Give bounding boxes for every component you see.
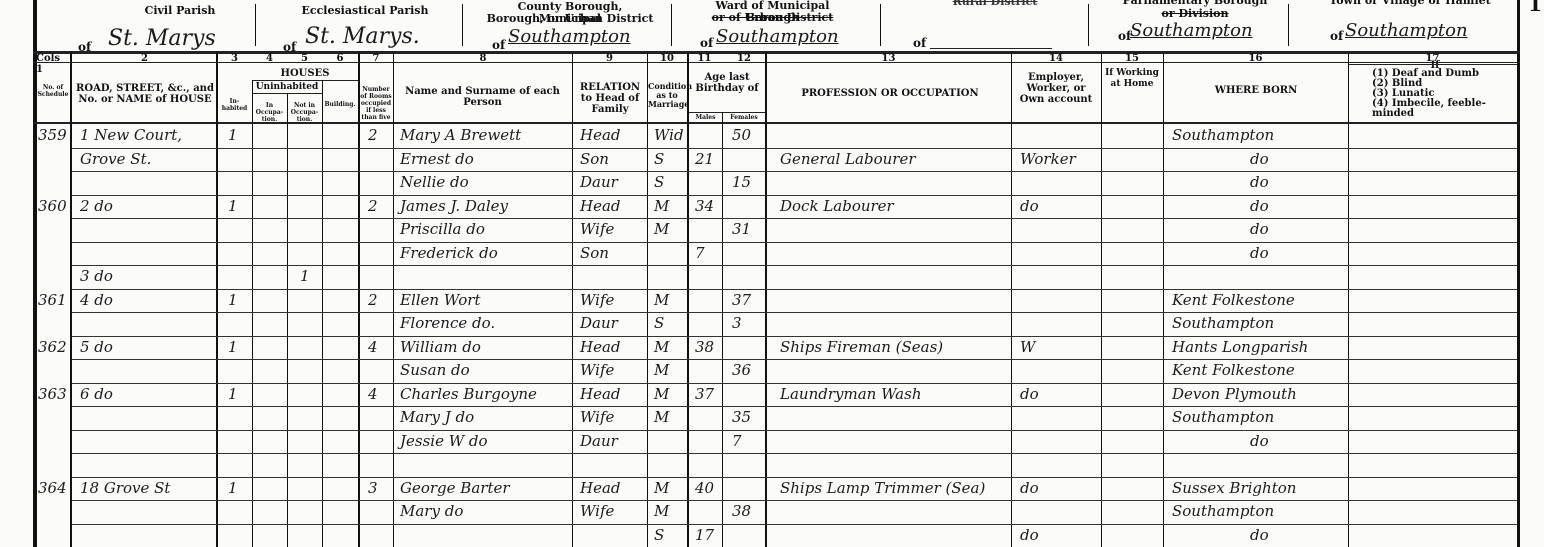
male-age: 37 — [695, 385, 714, 403]
col-num-7: 7 — [358, 53, 394, 64]
ward-label-2: or of Urban District — [690, 12, 855, 24]
census-sheet: 1 Civil Parish of St. Marys Ecclesiastic… — [0, 0, 1544, 547]
relation: Wife — [580, 291, 614, 309]
employer-status: do — [1020, 385, 1039, 403]
row-rule — [72, 218, 1517, 219]
col-rule — [287, 93, 288, 547]
rural-district-of: of — [913, 36, 926, 50]
inhabited-count: 1 — [228, 338, 238, 356]
civil-parish-value: St. Marys — [108, 26, 216, 51]
relation: Head — [580, 385, 621, 403]
county-borough-label-2-text: Borough, or Urban District — [487, 12, 654, 25]
person-name: George Barter — [400, 479, 510, 497]
birthplace: Sussex Brighton — [1172, 479, 1296, 497]
rooms-count: 2 — [368, 126, 378, 144]
row-rule — [72, 242, 1517, 243]
relation: Head — [580, 479, 621, 497]
female-age: 3 — [732, 314, 742, 332]
row-rule — [72, 500, 1517, 501]
birthplace: do — [1250, 150, 1269, 168]
col-num-6: 6 — [322, 53, 358, 64]
houses-header: HOUSES — [252, 68, 358, 79]
schedule-header: No. of Schedule — [37, 84, 69, 98]
birthplace: do — [1250, 432, 1269, 450]
marital-condition: Wid — [654, 126, 684, 144]
col-num-16: 16 — [1163, 53, 1348, 64]
male-age: 21 — [695, 150, 714, 168]
road-address: 5 do — [80, 338, 113, 356]
relation: Head — [580, 126, 621, 144]
birthplace: do — [1250, 244, 1269, 262]
person-name: William do — [400, 338, 481, 356]
col-rule — [572, 52, 573, 547]
marital-condition: S — [654, 150, 664, 168]
relation: Wife — [580, 408, 614, 426]
person-name: Florence do. — [400, 314, 495, 332]
name-header: Name and Surname of each Person — [400, 86, 565, 108]
road-address: Grove St. — [80, 150, 151, 168]
road-address: 6 do — [80, 385, 113, 403]
ward-value: Southampton — [716, 26, 839, 47]
male-age: 7 — [695, 244, 705, 262]
birthplace: do — [1250, 526, 1269, 544]
marital-condition: M — [654, 291, 669, 309]
marital-condition: M — [654, 408, 669, 426]
row-rule — [72, 524, 1517, 525]
birthplace: Kent Folkestone — [1172, 361, 1295, 379]
inhabited-count: 1 — [228, 291, 238, 309]
inhabited-header: In-habited — [219, 98, 250, 112]
birthplace: Southampton — [1172, 408, 1274, 426]
inhabited-count: 1 — [228, 479, 238, 497]
female-age: 38 — [732, 502, 751, 520]
inhabited-count: 1 — [228, 385, 238, 403]
in-occupation-header: In Occupa-tion. — [254, 102, 285, 123]
header-divider — [255, 4, 256, 46]
relation: Daur — [580, 432, 618, 450]
schedule-number: 360 — [38, 197, 67, 215]
rooms-count: 4 — [368, 385, 378, 403]
female-age: 31 — [732, 220, 751, 238]
female-age: 7 — [732, 432, 742, 450]
road-header: ROAD, STREET, &c., and No. or NAME of HO… — [75, 83, 215, 105]
schedule-number: 364 — [38, 479, 67, 497]
col-rule — [393, 52, 394, 547]
occupation: Ships Lamp Trimmer (Sea) — [780, 479, 985, 497]
header-divider — [1088, 4, 1089, 46]
row-rule — [72, 312, 1517, 313]
relation: Head — [580, 338, 621, 356]
person-name: Charles Burgoyne — [400, 385, 537, 403]
town-value: Southampton — [1345, 20, 1468, 41]
infirmity-rule — [1348, 64, 1517, 65]
person-name: Ernest do — [400, 150, 474, 168]
road-address: 2 do — [80, 197, 113, 215]
females-header: Females — [723, 114, 765, 121]
employer-status: W — [1020, 338, 1035, 356]
col-rule — [647, 52, 648, 547]
right-margin-rule — [1517, 0, 1520, 547]
row-rule — [72, 453, 1517, 454]
schedule-number: 363 — [38, 385, 67, 403]
relation: Son — [580, 244, 609, 262]
relation: Son — [580, 150, 609, 168]
col-rule — [1011, 52, 1012, 547]
rural-district-label: Rural District — [940, 0, 1050, 8]
employer-status: Worker — [1020, 150, 1076, 168]
schedule-number: 361 — [38, 291, 67, 309]
person-name: Ellen Wort — [400, 291, 480, 309]
female-age: 37 — [732, 291, 751, 309]
ward-of: of — [700, 36, 713, 50]
row-rule — [72, 265, 1517, 266]
marital-condition: S — [654, 526, 664, 544]
col-num-1: Cols 1 — [36, 53, 70, 75]
occupation: General Labourer — [780, 150, 916, 168]
col-rule — [1163, 52, 1164, 547]
row-rule — [72, 406, 1517, 407]
person-name: Mary do — [400, 502, 463, 520]
inhabited-count: 1 — [228, 126, 238, 144]
not-in-occupation-count: 1 — [300, 267, 310, 285]
occupation: Laundryman Wash — [780, 385, 921, 403]
col-num-5: 5 — [287, 53, 322, 64]
header-divider — [671, 4, 672, 46]
col-num-14: 14 — [1011, 53, 1101, 64]
col-num-10: 10 — [647, 53, 687, 64]
male-age: 40 — [695, 479, 714, 497]
row-rule — [72, 336, 1517, 337]
person-name: Frederick do — [400, 244, 498, 262]
employer-status: do — [1020, 197, 1039, 215]
page-number: 1 — [1528, 0, 1542, 16]
road-address: 18 Grove St — [80, 479, 170, 497]
col-rule — [765, 52, 767, 547]
schedule-number: 362 — [38, 338, 67, 356]
birthplace: Kent Folkestone — [1172, 291, 1295, 309]
county-borough-value: Southampton — [508, 26, 631, 47]
col-rule — [1101, 52, 1102, 547]
civil-parish-label: Civil Parish — [110, 5, 250, 17]
birthplace: Hants Longparish — [1172, 338, 1308, 356]
uninhabited-header: Uninhabited — [252, 82, 322, 93]
person-name: James J. Daley — [400, 197, 508, 215]
row-rule — [72, 430, 1517, 431]
col-num-3: 3 — [217, 53, 252, 64]
birthplace: do — [1250, 173, 1269, 191]
marital-condition: M — [654, 361, 669, 379]
town-label: Town or Village or Hamlet — [1310, 0, 1510, 7]
working-home-header: If Working at Home — [1103, 68, 1161, 90]
col-num-9: 9 — [572, 53, 647, 64]
marital-condition: M — [654, 479, 669, 497]
marital-condition: S — [654, 173, 664, 191]
birthplace: Southampton — [1172, 314, 1274, 332]
schedule-number: 359 — [38, 126, 67, 144]
birthplace: Devon Plymouth — [1172, 385, 1297, 403]
header-divider — [1288, 4, 1289, 46]
rural-district-underline — [930, 48, 1052, 49]
county-borough-of: of — [492, 38, 505, 52]
col-num-13: 13 — [766, 53, 1011, 64]
col-rule — [1348, 52, 1349, 547]
ecclesiastical-parish-value: St. Marys. — [305, 24, 420, 49]
employer-status: do — [1020, 479, 1039, 497]
relation-header: RELATION to Head of Family — [574, 82, 646, 115]
person-name: Mary J do — [400, 408, 474, 426]
female-age: 35 — [732, 408, 751, 426]
marital-condition: S — [654, 314, 664, 332]
road-address: 4 do — [80, 291, 113, 309]
col-rule — [70, 52, 72, 547]
relation: Wife — [580, 361, 614, 379]
person-name: Mary A Brewett — [400, 126, 521, 144]
rooms-count: 2 — [368, 197, 378, 215]
row-rule — [72, 195, 1517, 196]
rooms-count: 4 — [368, 338, 378, 356]
male-age: 17 — [695, 526, 714, 544]
row-rule — [72, 148, 1517, 149]
person-name: Susan do — [400, 361, 470, 379]
marital-condition: M — [654, 502, 669, 520]
col-rule — [722, 112, 723, 547]
col-rule — [687, 52, 689, 547]
parliamentary-borough-value: Southampton — [1130, 20, 1253, 41]
header-divider — [462, 4, 463, 46]
condition-header: Condition as to Marriage — [648, 82, 686, 109]
col-rule — [216, 52, 218, 547]
relation: Daur — [580, 173, 618, 191]
col-rule — [358, 52, 360, 547]
infirmity-header-list: (1) Deaf and Dumb (2) Blind (3) Lunatic … — [1372, 69, 1507, 119]
row-rule — [72, 171, 1517, 172]
road-address: 1 New Court, — [80, 126, 182, 144]
relation: Wife — [580, 220, 614, 238]
employer-status: do — [1020, 526, 1039, 544]
person-name: Jessie W do — [400, 432, 488, 450]
birthplace: do — [1250, 197, 1269, 215]
age-rule — [689, 112, 766, 113]
parliamentary-borough-label-1: Parliamentary Borough — [1110, 0, 1280, 7]
marital-condition: M — [654, 220, 669, 238]
relation: Wife — [580, 502, 614, 520]
county-borough-label-2: Borough, or Urban District — [485, 13, 655, 25]
row-rule — [72, 383, 1517, 384]
relation: Head — [580, 197, 621, 215]
person-name: Priscilla do — [400, 220, 485, 238]
male-age: 38 — [695, 338, 714, 356]
col-num-8: 8 — [394, 53, 572, 64]
male-age: 34 — [695, 197, 714, 215]
col-num-15: 15 — [1101, 53, 1163, 64]
parliamentary-borough-label-2: or Division — [1110, 8, 1280, 20]
person-name: Nellie do — [400, 173, 469, 191]
males-header: Males — [689, 114, 722, 121]
left-margin-rule — [33, 0, 37, 547]
not-in-occupation-header: Not in Occupa-tion. — [289, 102, 320, 123]
col-num-11: 11 — [687, 53, 722, 64]
rooms-header: Number of Rooms occupied if less than fi… — [359, 86, 393, 121]
female-age: 36 — [732, 361, 751, 379]
col-num-2: 2 — [72, 53, 217, 64]
infirmity-imbecile: (4) Imbecile, feeble-minded — [1372, 99, 1507, 119]
col-num-4: 4 — [252, 53, 287, 64]
employer-header: Employer, Worker, or Own account — [1013, 72, 1099, 105]
inhabited-count: 1 — [228, 197, 238, 215]
marital-condition: M — [654, 385, 669, 403]
marital-condition: M — [654, 338, 669, 356]
row-rule — [72, 289, 1517, 290]
relation: Daur — [580, 314, 618, 332]
birthplace: do — [1250, 220, 1269, 238]
marital-condition: M — [654, 197, 669, 215]
row-rule — [72, 359, 1517, 360]
occupation: Dock Labourer — [780, 197, 894, 215]
profession-header: PROFESSION OR OCCUPATION — [770, 88, 1010, 99]
birthplace: Southampton — [1172, 502, 1274, 520]
building-header: Building. — [323, 101, 357, 108]
ecclesiastical-parish-label: Ecclesiastical Parish — [290, 5, 440, 17]
age-header: Age last Birthday of — [690, 72, 764, 94]
female-age: 15 — [732, 173, 751, 191]
houses-rule — [252, 80, 358, 81]
female-age: 50 — [732, 126, 751, 144]
town-of: of — [1330, 29, 1343, 43]
rooms-count: 2 — [368, 291, 378, 309]
col-num-12: 12 — [722, 53, 766, 64]
occupation: Ships Fireman (Seas) — [780, 338, 943, 356]
road-address: 3 do — [80, 267, 113, 285]
rooms-count: 3 — [368, 479, 378, 497]
where-born-header: WHERE BORN — [1166, 85, 1346, 96]
birthplace: Southampton — [1172, 126, 1274, 144]
header-divider — [880, 4, 881, 46]
row-rule — [72, 477, 1517, 478]
